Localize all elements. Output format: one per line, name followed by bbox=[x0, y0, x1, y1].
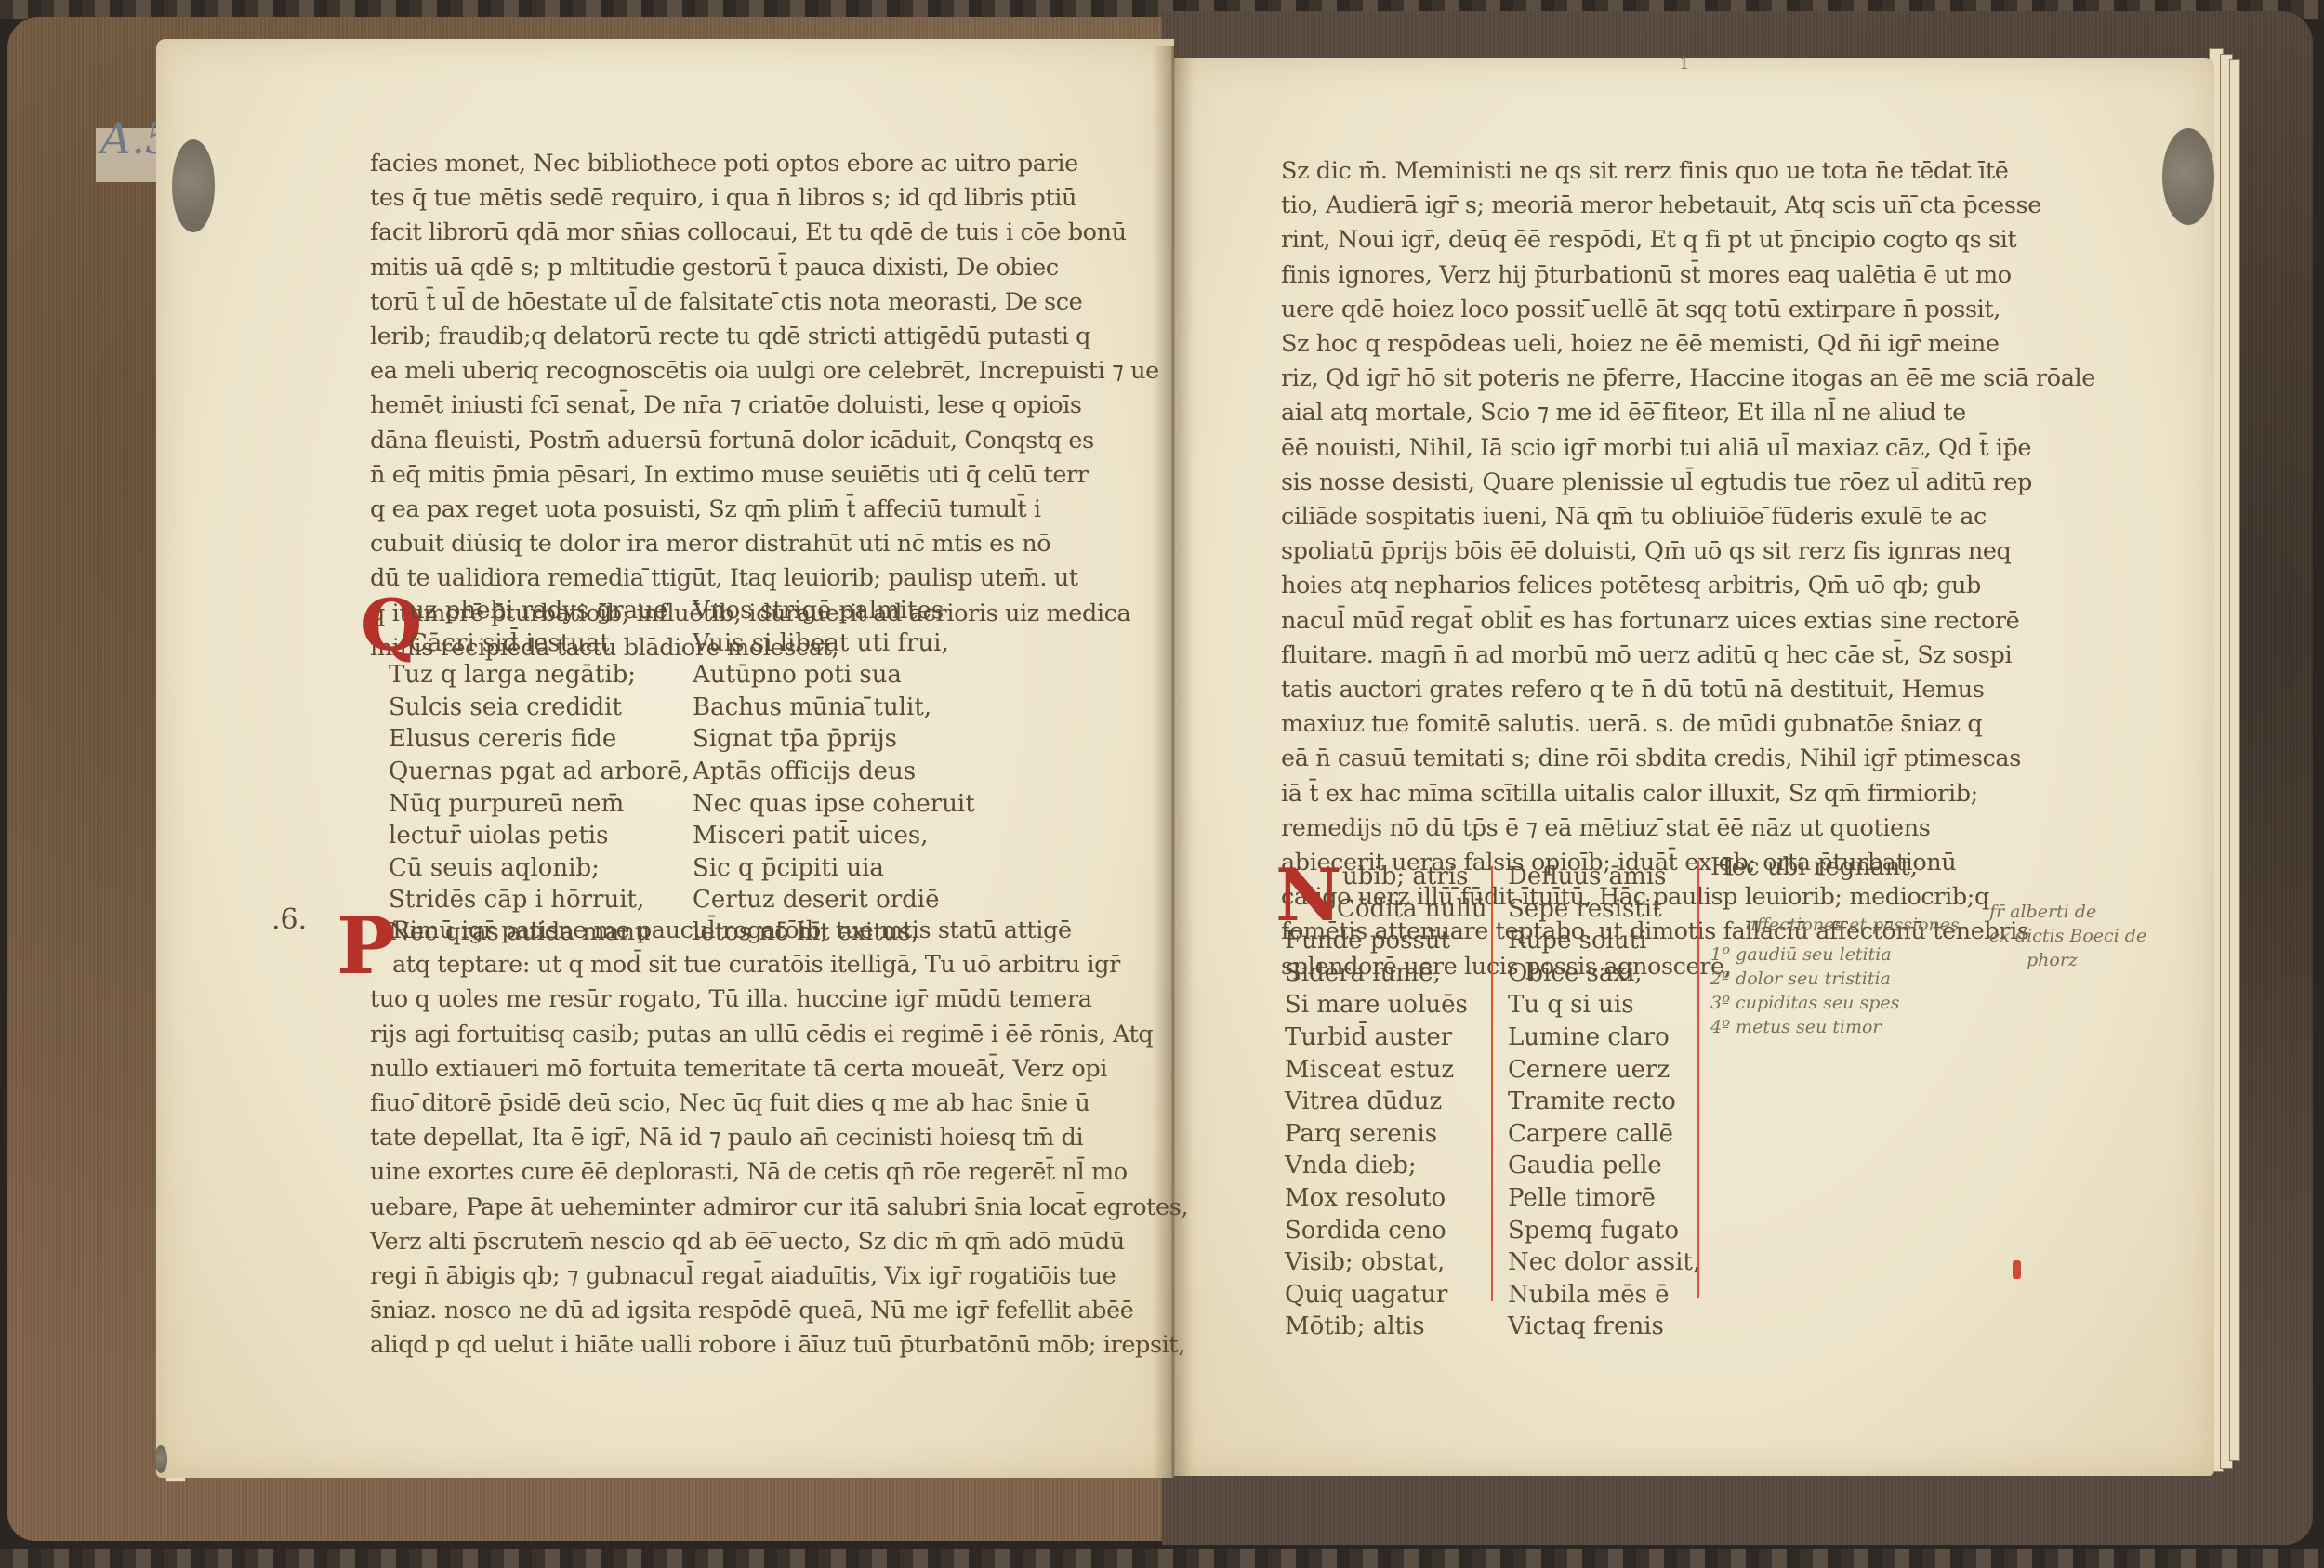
right-verse-col1: ubib; atris Cōdita nullū Fundē possūt Si… bbox=[1285, 861, 1487, 1343]
background-bottom bbox=[0, 1549, 2324, 1568]
left-verse-col1: uz phebi radys graue Cācri sid̄ iestuat … bbox=[389, 595, 690, 949]
folio-mark: 1 bbox=[1679, 54, 1689, 73]
right-prose-top: Sz dic m̄. Meministi ne qs sit rerz fini… bbox=[1281, 154, 2095, 984]
verse-column-rule-2 bbox=[1697, 861, 1699, 1298]
section-number: .6. bbox=[271, 903, 307, 936]
verse-column-rule-1 bbox=[1491, 866, 1493, 1301]
red-ink-mark bbox=[2013, 1260, 2021, 1279]
clasp-stain-left bbox=[172, 139, 215, 232]
marginal-note-attribution: fr̄ alberti de ex dictis Boeci de phorz bbox=[1989, 900, 2146, 972]
left-prose-bottom: Rimū igr̄ patisne me paucul̄ rogatōib; t… bbox=[370, 914, 1188, 1364]
right-page-edges-3 bbox=[2229, 59, 2240, 1461]
left-verse-col2: Vnos strigē palmites Vuis si libeat uti … bbox=[693, 595, 975, 949]
clasp-stain-right bbox=[2162, 128, 2214, 225]
right-verse-col3: Hec ubi regnant, bbox=[1710, 851, 1918, 884]
left-prose-top: facies monet, Nec bibliothece poti optos… bbox=[370, 147, 1159, 665]
marginal-note-list: 1º gaudiū seu letitia 2º dolor seu trist… bbox=[1710, 942, 1899, 1039]
right-verse-col2: Defluus āmis Sepe resistit Rupe soluti O… bbox=[1508, 861, 1700, 1343]
clasp-stain-bottom-left bbox=[154, 1445, 167, 1473]
marginal-note-heading: affectiones et passiones bbox=[1746, 913, 1960, 937]
